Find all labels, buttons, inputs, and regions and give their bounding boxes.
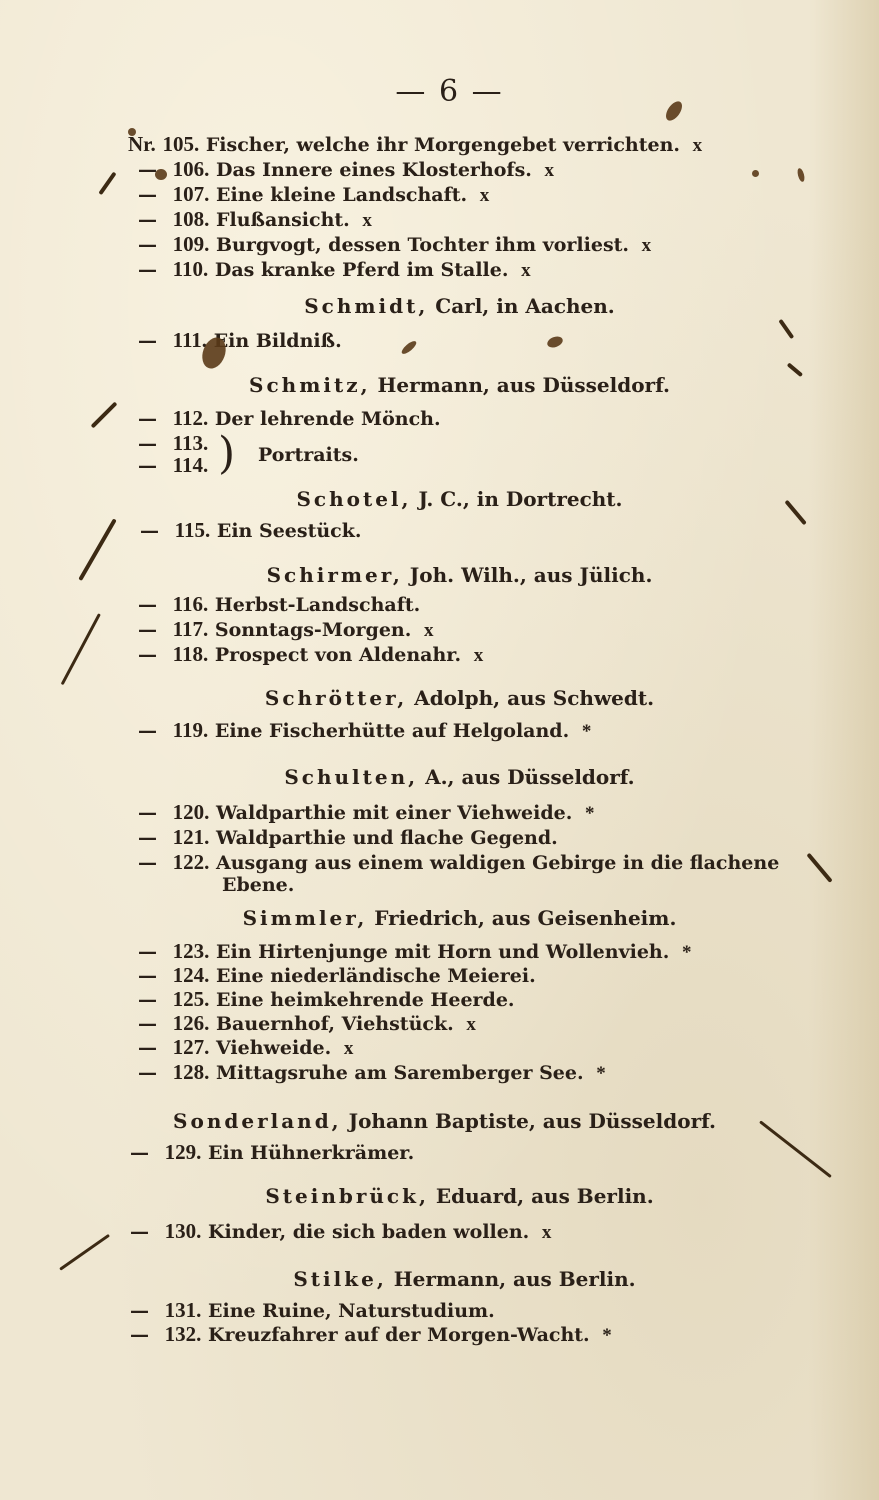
entry-107: — 107. Eine kleine Landschaft. x: [138, 182, 489, 208]
entry-115: — 115. Ein Seestück.: [140, 518, 362, 543]
artist-heading: Schmidt, Carl, in Aachen.: [0, 293, 879, 319]
artist-heading: Sonderland, Johann Baptiste, aus Düsseld…: [0, 1108, 879, 1134]
entry-121: — 121. Waldparthie und flache Gegend.: [138, 825, 558, 850]
artist-heading: Schmitz, Hermann, aus Düsseldorf.: [0, 372, 879, 398]
entry-128: — 128. Mittagsruhe am Saremberger See. *: [138, 1060, 606, 1086]
entry-106: — 106. Das Innere eines Klosterhofs. x: [138, 157, 554, 183]
entry-122: — 122. Ausgang aus einem waldigen Gebirg…: [138, 850, 779, 875]
entry-122-continuation: Ebene.: [222, 873, 294, 897]
catalog-page: — 6 — Nr. 105. Fischer, welche ihr Morge…: [0, 0, 879, 1500]
pen-mark: [778, 319, 794, 339]
entry-123: — 123. Ein Hirtenjunge mit Horn und Woll…: [138, 939, 691, 965]
artist-heading: Schrötter, Adolph, aus Schwedt.: [0, 685, 879, 711]
entry-131: — 131. Eine Ruine, Naturstudium.: [130, 1298, 495, 1323]
entry-116: — 116. Herbst-Landschaft.: [138, 592, 420, 617]
artist-heading: Simmler, Friedrich, aus Geisenheim.: [0, 905, 879, 931]
entry-109: — 109. Burgvogt, dessen Tochter ihm vorl…: [138, 232, 651, 258]
entry-125: — 125. Eine heimkehrende Heerde.: [138, 987, 515, 1012]
entry-110: — 110. Das kranke Pferd im Stalle. x: [138, 257, 531, 283]
entry-117: — 117. Sonntags-Morgen. x: [138, 617, 433, 643]
entry-119: — 119. Eine Fischerhütte auf Helgoland. …: [138, 718, 591, 744]
entry-129: — 129. Ein Hühnerkrämer.: [130, 1140, 414, 1165]
ink-stain: [128, 128, 136, 136]
artist-heading: Schotel, J. C., in Dortrecht.: [0, 486, 879, 512]
entry-111: — 111. Ein Bildniß.: [138, 328, 342, 353]
ink-stain: [400, 339, 418, 356]
artist-heading: Stilke, Hermann, aus Berlin.: [0, 1266, 879, 1292]
ink-stain: [796, 167, 805, 182]
pen-mark: [61, 613, 101, 685]
grouped-title: Portraits.: [258, 443, 359, 467]
ink-stain: [155, 169, 167, 180]
page-number: — 6 —: [0, 74, 879, 109]
entry-130: — 130. Kinder, die sich baden wollen. x: [130, 1219, 551, 1245]
entry-127: — 127. Viehweide. x: [138, 1035, 353, 1061]
entry-112: — 112. Der lehrende Mönch.: [138, 406, 441, 431]
entry-132: — 132. Kreuzfahrer auf der Morgen-Wacht.…: [130, 1322, 612, 1348]
pen-mark: [98, 172, 116, 196]
entry-108: — 108. Flußansicht. x: [138, 207, 372, 233]
artist-heading: Schirmer, Joh. Wilh., aus Jülich.: [0, 562, 879, 588]
entry-124: — 124. Eine niederländische Meierei.: [138, 963, 536, 988]
pen-mark: [91, 402, 118, 429]
entry-118: — 118. Prospect von Aldenahr. x: [138, 642, 483, 668]
entry-120: — 120. Waldparthie mit einer Viehweide. …: [138, 800, 594, 826]
ink-stain: [546, 335, 564, 350]
entry-105: Nr. 105. Fischer, welche ihr Morgengebet…: [128, 132, 702, 158]
entry-126: — 126. Bauernhof, Viehstück. x: [138, 1011, 476, 1037]
artist-heading: Schulten, A., aus Düsseldorf.: [0, 764, 879, 790]
artist-heading: Steinbrück, Eduard, aus Berlin.: [0, 1183, 879, 1209]
pen-mark: [806, 853, 832, 883]
ink-stain: [752, 170, 759, 177]
entry-114: — 114.: [138, 453, 208, 478]
brace-glyph: ): [218, 432, 235, 476]
